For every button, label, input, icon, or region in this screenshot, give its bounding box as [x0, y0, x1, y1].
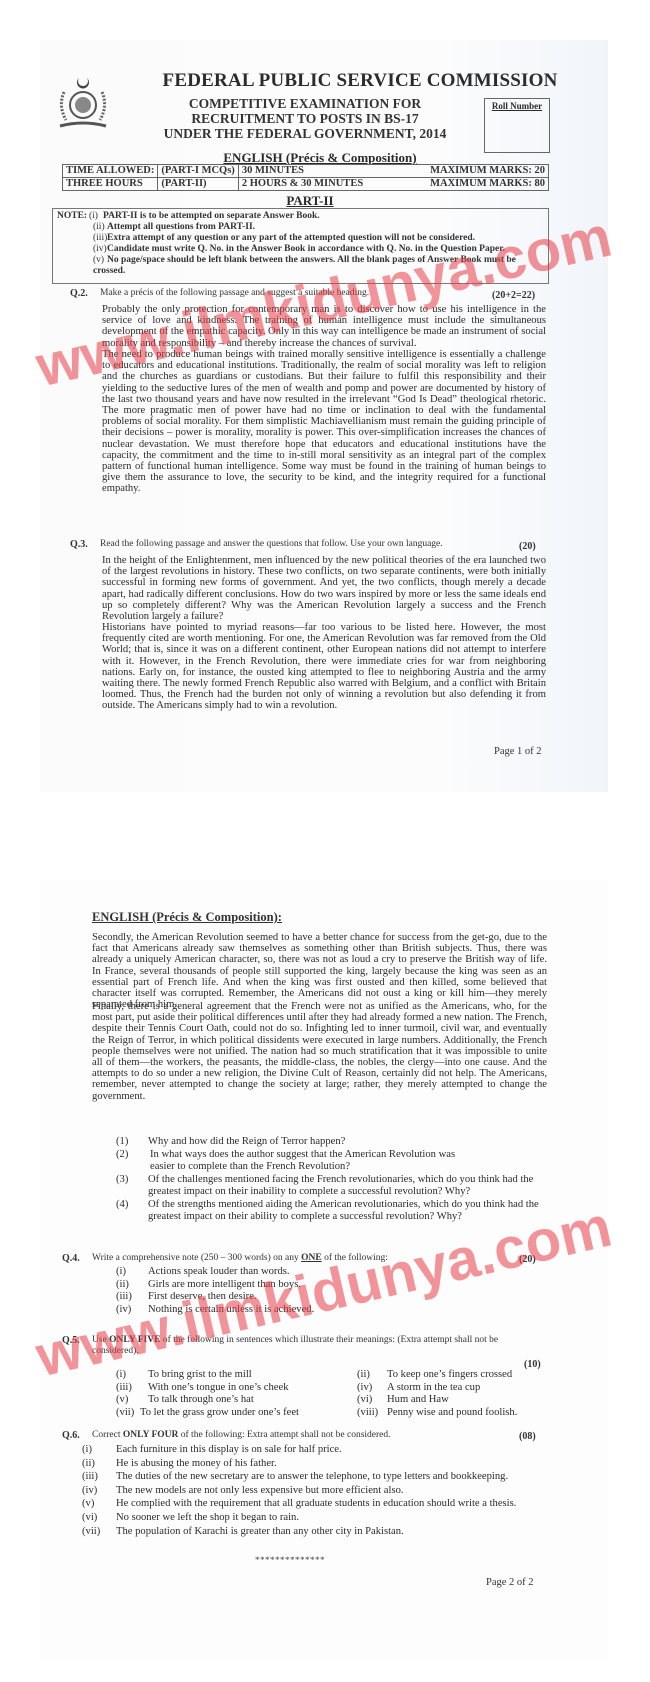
- list-item: (1)Why and how did the Reign of Terror h…: [116, 1136, 546, 1149]
- note-item: (i)PART-II is to be attempted on separat…: [89, 211, 320, 222]
- part-label: (PART-I MCQs): [158, 165, 238, 178]
- note-item: (iii)Extra attempt of any question or an…: [93, 233, 475, 244]
- question-marks: (08): [519, 1431, 536, 1442]
- idioms-left-column: (i)To bring grist to the mill (iii)With …: [116, 1369, 326, 1419]
- list-item: (iii)First deserve, then desire.: [116, 1291, 516, 1304]
- list-item: (vii)The population of Karachi is greate…: [82, 1525, 562, 1539]
- list-item: (3)Of the challenges mentioned facing th…: [116, 1174, 546, 1199]
- question-number: Q.6.: [62, 1430, 80, 1441]
- essay-topics: (i)Actions speak louder than words. (ii)…: [116, 1266, 516, 1316]
- maximum-marks: MAXIMUM MARKS: 20: [397, 165, 548, 178]
- question-marks: (20): [519, 541, 536, 552]
- question-marks: (20): [519, 1254, 536, 1265]
- duration: 2 HOURS & 30 MINUTES: [238, 178, 397, 191]
- note-item: (v)No page/space should be left blank be…: [93, 255, 543, 277]
- page-number: Page 1 of 2: [494, 746, 542, 757]
- question-number: Q.2.: [70, 288, 88, 299]
- list-item: (iv)A storm in the tea cup: [357, 1382, 557, 1395]
- list-item: (vi)Hum and Haw: [357, 1394, 557, 1407]
- time-marks-table: TIME ALLOWED: (PART-I MCQs) 30 MINUTES M…: [62, 164, 549, 191]
- page-2-subject-title: ENGLISH (Précis & Composition):: [92, 910, 282, 925]
- list-item: (iv)Nothing is certain unless it is achi…: [116, 1304, 516, 1317]
- question-instruction: Read the following passage and answer th…: [100, 539, 443, 549]
- question-marks: (20+2=22): [492, 290, 535, 301]
- list-item: (vii)To let the grass grow under one’s f…: [116, 1407, 326, 1420]
- duration: 30 MINUTES: [238, 165, 397, 178]
- exam-subtitle-line: RECRUITMENT TO POSTS IN BS-17: [140, 111, 470, 127]
- maximum-marks: MAXIMUM MARKS: 80: [397, 178, 548, 191]
- note-item: (ii)Attempt all questions from PART-II.: [93, 222, 255, 233]
- exam-subtitle-line: COMPETITIVE EXAMINATION FOR: [140, 96, 470, 112]
- end-marker: **************: [255, 1555, 325, 1565]
- table-row: TIME ALLOWED: (PART-I MCQs) 30 MINUTES M…: [63, 165, 549, 178]
- question-instruction: Correct ONLY FOUR of the following: Extr…: [92, 1430, 391, 1440]
- page-number: Page 2 of 2: [486, 1577, 534, 1588]
- note-label: NOTE:: [57, 211, 87, 222]
- idioms-right-column: (ii)To keep one’s fingers crossed (iv)A …: [357, 1369, 557, 1419]
- list-item: (ii)To keep one’s fingers crossed: [357, 1369, 557, 1382]
- list-item: (vi)No sooner we left the shop it began …: [82, 1511, 562, 1525]
- time-allowed-value: THREE HOURS: [63, 178, 158, 191]
- list-item: (iv)The new models are not only less exp…: [82, 1484, 562, 1498]
- part-heading: PART-II: [250, 193, 370, 209]
- table-row: THREE HOURS (PART-II) 2 HOURS & 30 MINUT…: [63, 178, 549, 191]
- part-label: (PART-II): [158, 178, 238, 191]
- note-item: (iv)Candidate must write Q. No. in the A…: [93, 244, 505, 255]
- list-item: (4)Of the strengths mentioned aiding the…: [116, 1199, 546, 1224]
- passage-paragraph: Finally, there is a general agreement th…: [92, 1001, 547, 1102]
- question-number: Q.4.: [62, 1253, 80, 1264]
- list-item: (i)To bring grist to the mill: [116, 1369, 326, 1382]
- passage-paragraph: Secondly, the American Revolution seemed…: [92, 932, 547, 1010]
- organization-title: FEDERAL PUBLIC SERVICE COMMISSION: [140, 70, 580, 92]
- list-item: (ii)He is abusing the money of his fathe…: [82, 1457, 562, 1471]
- passage-paragraph: Probably the only protection for contemp…: [102, 304, 546, 349]
- list-item: (iii)The duties of the new secretary are…: [82, 1470, 562, 1484]
- list-item: (ii)Girls are more intelligent than boys…: [116, 1279, 516, 1292]
- roll-number-box: Roll Number: [484, 98, 550, 153]
- question-instruction: Use ONLY FIVE of the following in senten…: [92, 1335, 547, 1357]
- passage-paragraph: Historians have pointed to myriad reason…: [102, 622, 546, 712]
- list-item: (i)Actions speak louder than words.: [116, 1266, 516, 1279]
- time-allowed-label: TIME ALLOWED:: [63, 165, 158, 178]
- list-item: (v)To talk through one’s hat: [116, 1394, 326, 1407]
- passage-paragraph: In the height of the Enlightenment, men …: [102, 555, 546, 622]
- note-box: NOTE: (i)PART-II is to be attempted on s…: [52, 208, 549, 284]
- passage-paragraph: The need to produce human beings with tr…: [102, 349, 546, 495]
- list-item: (i)Each furniture in this display is on …: [82, 1443, 562, 1457]
- question-number: Q.5.: [62, 1335, 80, 1346]
- exam-subtitle-line: UNDER THE FEDERAL GOVERNMENT, 2014: [140, 126, 470, 142]
- roll-number-label: Roll Number: [485, 101, 549, 111]
- list-item: (v)He complied with the requirement that…: [82, 1497, 562, 1511]
- list-item: (2)In what ways does the author suggest …: [116, 1149, 546, 1174]
- fpsc-emblem-icon: [52, 72, 114, 134]
- list-item: (iii)With one’s tongue in one’s cheek: [116, 1382, 326, 1395]
- sentence-correction-list: (i)Each furniture in this display is on …: [82, 1443, 562, 1538]
- question-instruction: Make a précis of the following passage a…: [100, 288, 369, 298]
- question-number: Q.3.: [70, 539, 88, 550]
- list-item: (viii)Penny wise and pound foolish.: [357, 1407, 557, 1420]
- comprehension-questions: (1)Why and how did the Reign of Terror h…: [116, 1136, 546, 1224]
- question-instruction: Write a comprehensive note (250 – 300 wo…: [92, 1253, 388, 1263]
